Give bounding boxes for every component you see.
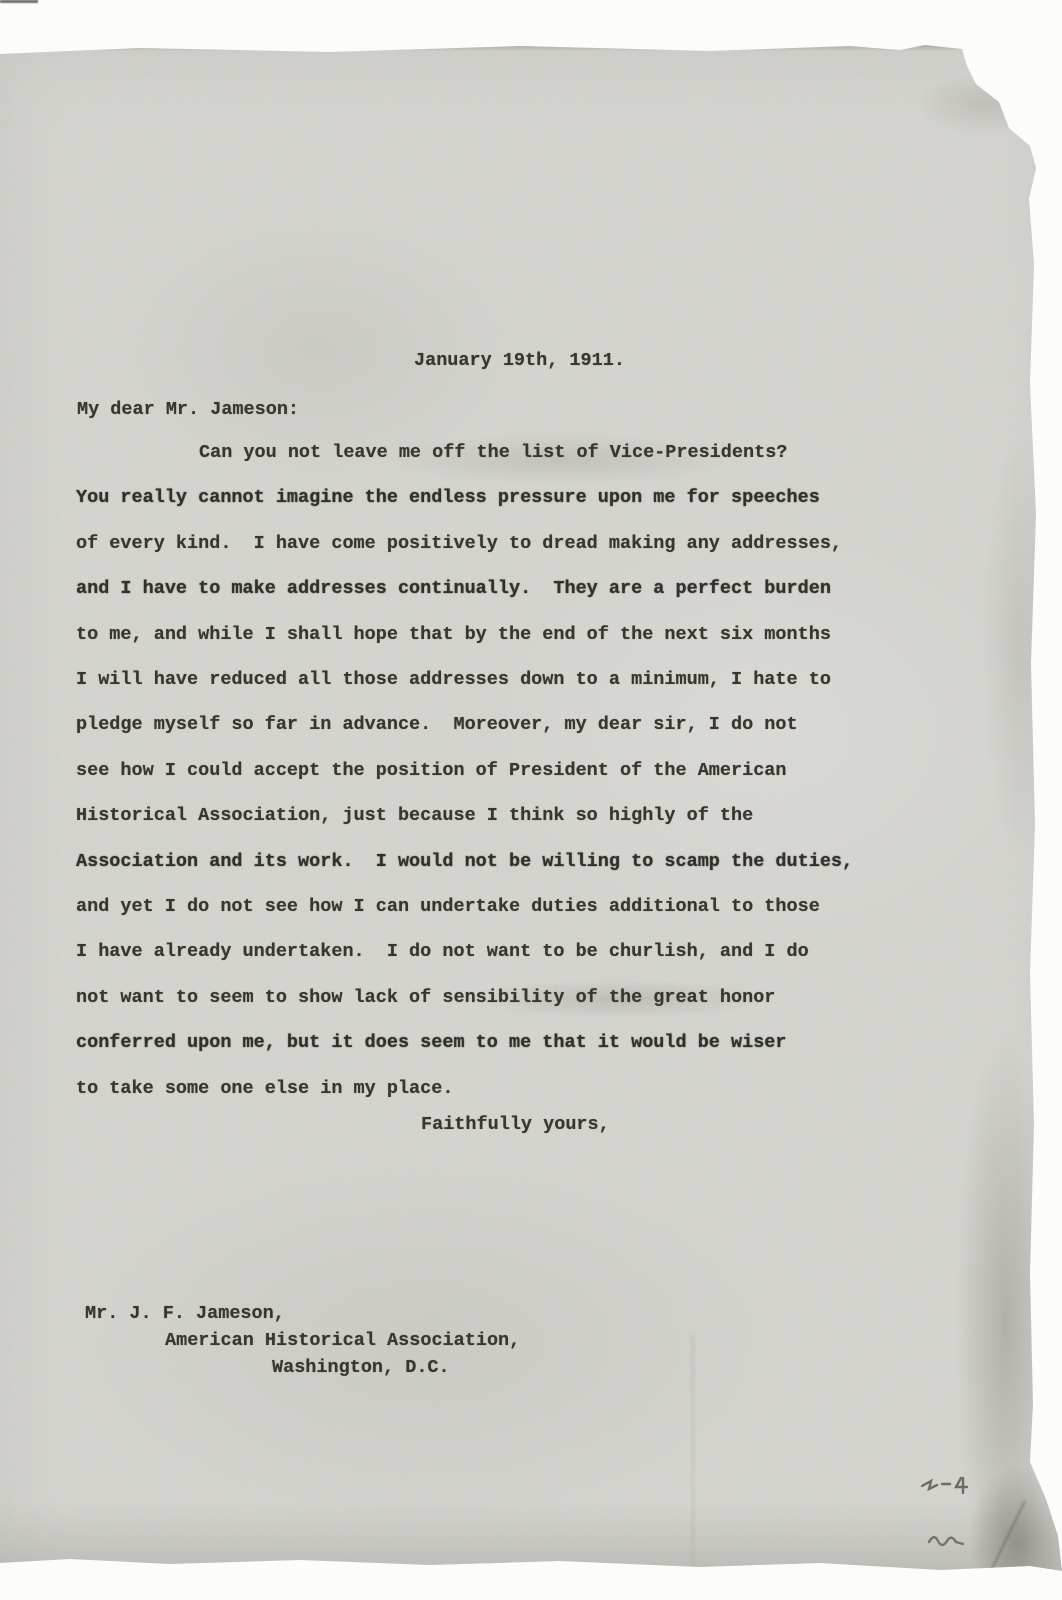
recipient-organization: American Historical Association,: [85, 1327, 520, 1354]
body-line: Can you not leave me off the list of Vic…: [76, 430, 853, 475]
body-line: and yet I do not see how I can undertake…: [76, 884, 853, 929]
salutation: My dear Mr. Jameson:: [77, 399, 299, 420]
scanned-letter-page: January 19th, 1911. My dear Mr. Jameson:…: [0, 0, 1062, 1600]
closing: Faithfully yours,: [421, 1114, 610, 1135]
body-line: to me, and while I shall hope that by th…: [76, 612, 853, 657]
recipient-city: Washington, D.C.: [85, 1354, 520, 1381]
body-line: conferred upon me, but it does seem to m…: [76, 1020, 853, 1065]
body-line: I have already undertaken. I do not want…: [76, 929, 853, 974]
body-line: Historical Association, just because I t…: [76, 793, 853, 838]
paper-crease-vertical: [692, 1334, 694, 1574]
body-line: pledge myself so far in advance. Moreove…: [76, 702, 853, 747]
body-line: and I have to make addresses continually…: [76, 566, 853, 611]
letter-body: Can you not leave me off the list of Vic…: [76, 430, 853, 1111]
letter-text: January 19th, 1911. My dear Mr. Jameson:…: [0, 44, 1062, 1571]
recipient-address: Mr. J. F. Jameson, American Historical A…: [85, 1300, 520, 1381]
body-line: not want to seem to show lack of sensibi…: [76, 975, 853, 1020]
body-line: of every kind. I have come positively to…: [76, 521, 853, 566]
letter-paper: January 19th, 1911. My dear Mr. Jameson:…: [0, 44, 1062, 1571]
scan-edge-artifact: [0, 0, 38, 3]
body-line: Association and its work. I would not be…: [76, 839, 853, 884]
date-line: January 19th, 1911.: [414, 350, 625, 371]
body-line: to take some one else in my place.: [76, 1066, 853, 1111]
recipient-name: Mr. J. F. Jameson,: [85, 1300, 520, 1327]
pencil-mark-upper: [918, 1472, 972, 1498]
pencil-mark-lower: [925, 1530, 973, 1552]
body-line: I will have reduced all those addresses …: [76, 657, 853, 702]
body-line: see how I could accept the position of P…: [76, 748, 853, 793]
body-line: You really cannot imagine the endless pr…: [76, 475, 853, 520]
